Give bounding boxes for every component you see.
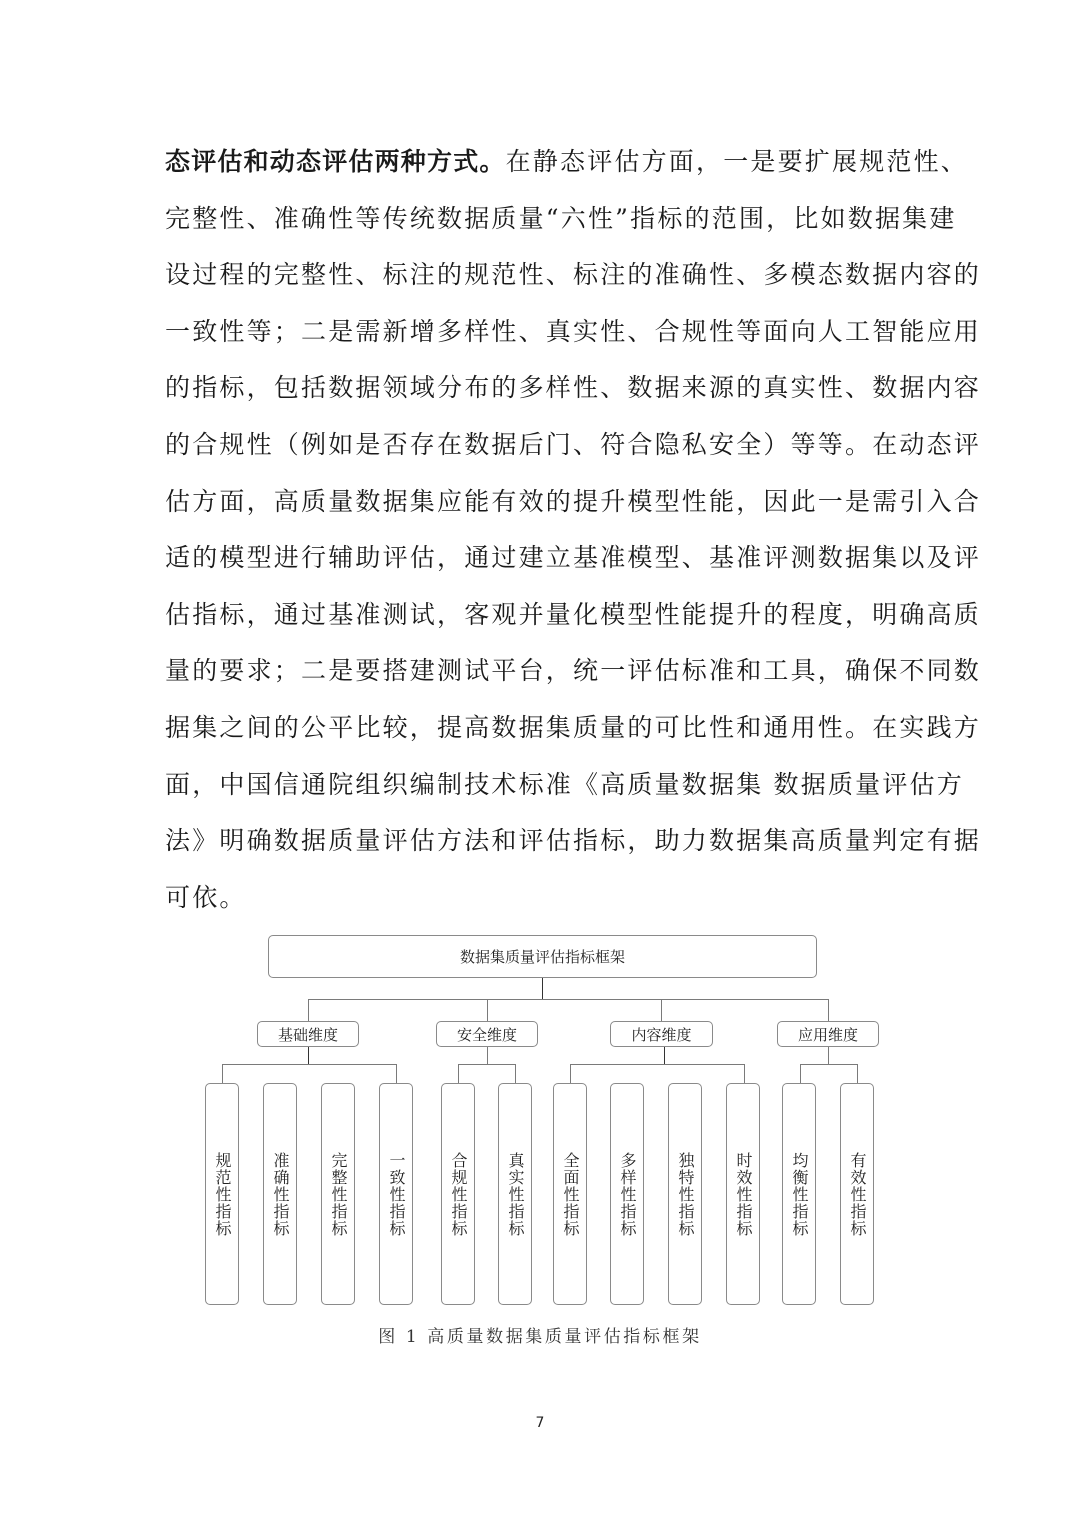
indicator-node: 合规性指标 <box>441 1083 475 1305</box>
connector-line <box>744 1064 745 1083</box>
connector-line <box>458 1064 459 1083</box>
connector-line <box>661 999 662 1021</box>
framework-diagram: 数据集质量评估指标框架 基础维度 安全维度 内容维度 应用维度 规范性指标 准确… <box>0 0 1080 1526</box>
connector-line <box>828 1047 829 1064</box>
connector-line <box>542 978 543 999</box>
connector-line <box>222 1064 223 1083</box>
figure-caption: 图 1 高质量数据集质量评估指标框架 <box>0 1322 1080 1347</box>
connector-line <box>308 1047 309 1064</box>
document-page: 态评估和动态评估两种方式。在静态评估方面，一是要扩展规范性、 完整性、准确性等传… <box>0 0 1080 1526</box>
page-number: 7 <box>0 1415 1080 1431</box>
dimension-node-basic: 基础维度 <box>257 1021 359 1047</box>
dimension-node-content: 内容维度 <box>610 1021 713 1047</box>
dimension-node-security: 安全维度 <box>436 1021 538 1047</box>
indicator-node: 真实性指标 <box>498 1083 532 1305</box>
connector-line <box>857 1064 858 1083</box>
connector-line <box>396 1064 397 1083</box>
connector-line <box>800 1064 857 1065</box>
indicator-node: 准确性指标 <box>263 1083 297 1305</box>
connector-line <box>570 1064 571 1083</box>
indicator-node: 完整性指标 <box>321 1083 355 1305</box>
connector-line <box>487 999 488 1021</box>
root-node: 数据集质量评估指标框架 <box>268 935 817 978</box>
indicator-node: 一致性指标 <box>379 1083 413 1305</box>
connector-line <box>458 1064 515 1065</box>
indicator-node: 独特性指标 <box>668 1083 702 1305</box>
indicator-node: 全面性指标 <box>553 1083 587 1305</box>
connector-line <box>570 1064 744 1065</box>
connector-line <box>487 1047 488 1064</box>
connector-line <box>828 999 829 1021</box>
connector-line <box>800 1064 801 1083</box>
indicator-node: 时效性指标 <box>726 1083 760 1305</box>
indicator-node: 有效性指标 <box>840 1083 874 1305</box>
connector-line <box>664 1047 665 1064</box>
connector-line <box>222 1064 396 1065</box>
indicator-node: 多样性指标 <box>610 1083 644 1305</box>
indicator-node: 规范性指标 <box>205 1083 239 1305</box>
connector-line <box>308 999 309 1021</box>
connector-line <box>515 1064 516 1083</box>
dimension-node-application: 应用维度 <box>777 1021 879 1047</box>
connector-line <box>308 999 829 1000</box>
indicator-node: 均衡性指标 <box>782 1083 816 1305</box>
